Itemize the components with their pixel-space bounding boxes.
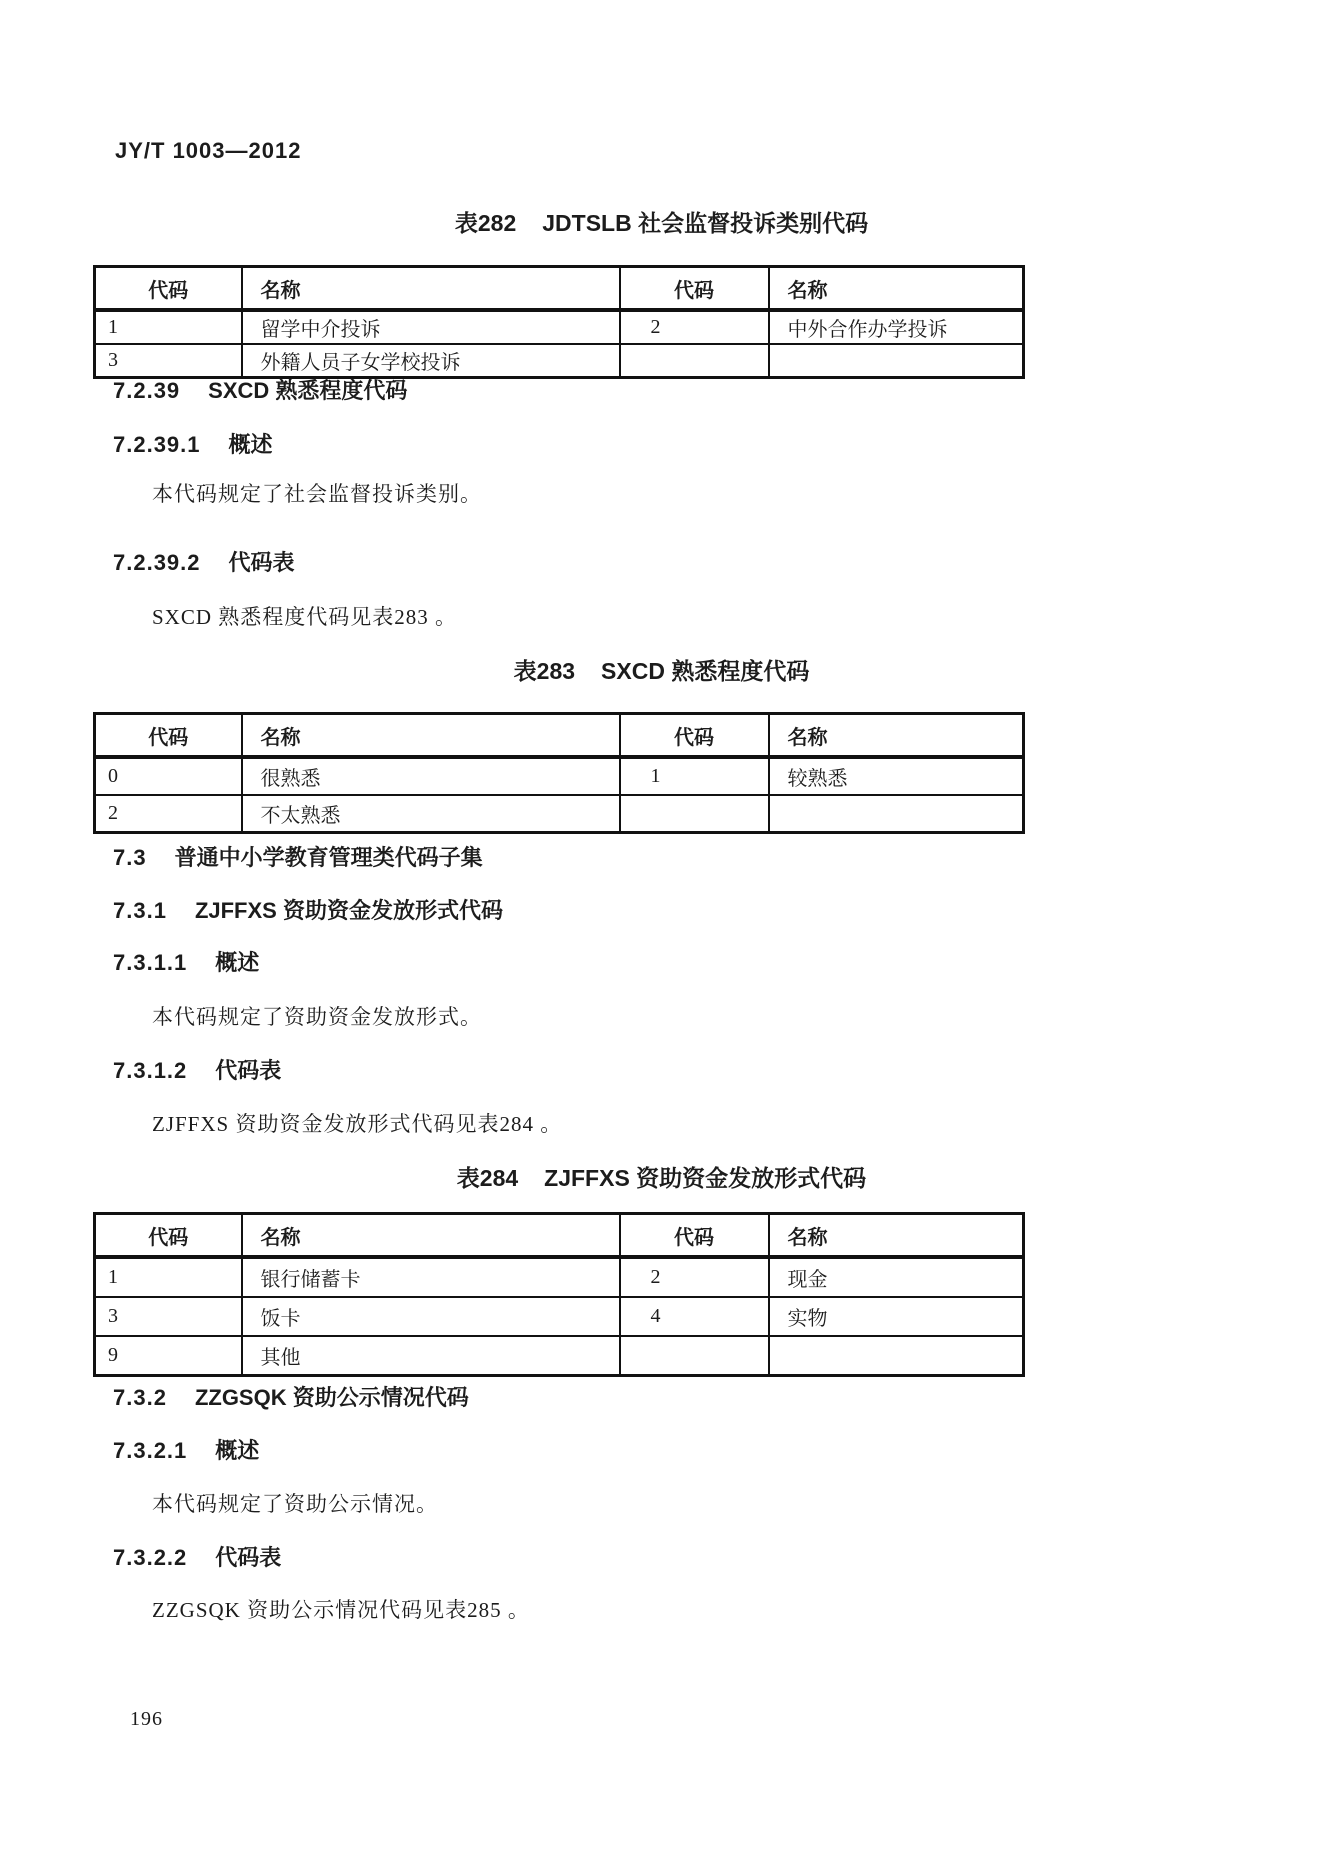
section-heading-7-3-2-2: 7.3.2.2代码表 [113,1545,281,1570]
cell-code: 2 [95,795,242,833]
section-heading-7-3-1-1: 7.3.1.1概述 [113,950,259,975]
cell-name [769,795,1024,833]
cell-code [620,344,769,378]
table-284-title: 表284ZJFFXS 资助资金发放形式代码 [0,1165,1323,1191]
cell-code [620,795,769,833]
standard-number: JY/T 1003—2012 [115,138,301,163]
cell-code: 1 [620,757,769,795]
section-heading-7-3-2: 7.3.2ZZGSQK 资助公示情况代码 [113,1385,469,1410]
table-283-number: 表283 [514,658,575,684]
table-row: 9 其他 [95,1336,1024,1376]
cell-name: 留学中介投诉 [242,310,620,344]
cell-code: 2 [620,310,769,344]
paragraph-ref-285: ZZGSQK 资助公示情况代码见表285 。 [152,1598,530,1622]
code-table-283: 代码 名称 代码 名称 0 很熟悉 1 较熟悉 2 不太熟悉 [93,712,1025,834]
section-number: 7.3.1.2 [113,1058,187,1083]
cell-code: 1 [95,310,242,344]
cell-code [620,1336,769,1376]
page-number: 196 [130,1708,163,1731]
table-284-caption: ZJFFXS 资助资金发放形式代码 [544,1165,866,1191]
section-title: 概述 [215,1438,259,1463]
table-282-caption: JDTSLB 社会监督投诉类别代码 [542,210,868,236]
table-row: 3 外籍人员子女学校投诉 [95,344,1024,378]
column-header-code: 代码 [620,714,769,758]
paragraph-scope-285: 本代码规定了资助公示情况。 [152,1492,438,1516]
column-header-name: 名称 [769,267,1024,311]
section-number: 7.3.2.1 [113,1438,187,1463]
section-number: 7.3 [113,845,147,870]
table-row: 0 很熟悉 1 较熟悉 [95,757,1024,795]
cell-code: 4 [620,1297,769,1336]
section-heading-7-2-39-2: 7.2.39.2代码表 [113,550,295,575]
column-header-name: 名称 [242,714,620,758]
cell-name: 饭卡 [242,1297,620,1336]
cell-code: 1 [95,1257,242,1297]
table-row: 2 不太熟悉 [95,795,1024,833]
section-number: 7.2.39.1 [113,432,201,457]
section-title: ZJFFXS 资助资金发放形式代码 [195,898,503,923]
section-number: 7.3.1.1 [113,950,187,975]
table-282-title: 表282JDTSLB 社会监督投诉类别代码 [0,210,1323,236]
cell-name: 外籍人员子女学校投诉 [242,344,620,378]
cell-name: 实物 [769,1297,1024,1336]
table-284-number: 表284 [457,1165,518,1191]
section-heading-7-3-2-1: 7.3.2.1概述 [113,1438,259,1463]
table-282-number: 表282 [455,210,516,236]
section-heading-7-2-39: 7.2.39SXCD 熟悉程度代码 [113,378,407,403]
cell-code: 9 [95,1336,242,1376]
cell-name: 不太熟悉 [242,795,620,833]
section-title: 代码表 [229,550,295,575]
column-header-code: 代码 [95,267,242,311]
table-283-caption: SXCD 熟悉程度代码 [601,658,809,684]
table-row: 3 饭卡 4 实物 [95,1297,1024,1336]
column-header-code: 代码 [620,267,769,311]
paragraph-scope-282: 本代码规定了社会监督投诉类别。 [152,482,482,506]
column-header-code: 代码 [95,714,242,758]
table-row: 1 留学中介投诉 2 中外合作办学投诉 [95,310,1024,344]
paragraph-ref-283: SXCD 熟悉程度代码见表283 。 [152,605,457,629]
section-number: 7.2.39 [113,378,180,403]
section-heading-7-3-1: 7.3.1ZJFFXS 资助资金发放形式代码 [113,898,503,923]
section-title: 代码表 [215,1545,281,1570]
cell-code: 3 [95,1297,242,1336]
section-number: 7.3.1 [113,898,167,923]
cell-name: 较熟悉 [769,757,1024,795]
paragraph-scope-284: 本代码规定了资助资金发放形式。 [152,1005,482,1029]
cell-name: 其他 [242,1336,620,1376]
section-title: 普通中小学教育管理类代码子集 [175,845,483,870]
section-heading-7-3: 7.3普通中小学教育管理类代码子集 [113,845,483,870]
section-heading-7-3-1-2: 7.3.1.2代码表 [113,1058,281,1083]
document-page: JY/T 1003—2012 表282JDTSLB 社会监督投诉类别代码 代码 … [0,0,1323,1871]
column-header-code: 代码 [620,1214,769,1258]
cell-name: 中外合作办学投诉 [769,310,1024,344]
section-title: 代码表 [215,1058,281,1083]
column-header-name: 名称 [242,1214,620,1258]
table-header-row: 代码 名称 代码 名称 [95,267,1024,311]
cell-code: 3 [95,344,242,378]
section-heading-7-2-39-1: 7.2.39.1概述 [113,432,273,457]
section-number: 7.3.2.2 [113,1545,187,1570]
table-row: 1 银行储蓄卡 2 现金 [95,1257,1024,1297]
column-header-code: 代码 [95,1214,242,1258]
cell-name: 很熟悉 [242,757,620,795]
code-table-284: 代码 名称 代码 名称 1 银行储蓄卡 2 现金 3 饭卡 4 实物 9 其他 [93,1212,1025,1377]
section-title: 概述 [215,950,259,975]
paragraph-ref-284: ZJFFXS 资助资金发放形式代码见表284 。 [152,1112,562,1136]
column-header-name: 名称 [769,1214,1024,1258]
cell-code: 0 [95,757,242,795]
code-table-282: 代码 名称 代码 名称 1 留学中介投诉 2 中外合作办学投诉 3 外籍人员子女… [93,265,1025,379]
table-header-row: 代码 名称 代码 名称 [95,1214,1024,1258]
cell-name: 银行储蓄卡 [242,1257,620,1297]
section-number: 7.2.39.2 [113,550,201,575]
table-283-title: 表283SXCD 熟悉程度代码 [0,658,1323,684]
table-header-row: 代码 名称 代码 名称 [95,714,1024,758]
cell-name: 现金 [769,1257,1024,1297]
cell-name [769,1336,1024,1376]
column-header-name: 名称 [769,714,1024,758]
column-header-name: 名称 [242,267,620,311]
section-title: 概述 [229,432,273,457]
cell-code: 2 [620,1257,769,1297]
section-title: SXCD 熟悉程度代码 [208,378,407,403]
section-title: ZZGSQK 资助公示情况代码 [195,1385,469,1410]
section-number: 7.3.2 [113,1385,167,1410]
cell-name [769,344,1024,378]
